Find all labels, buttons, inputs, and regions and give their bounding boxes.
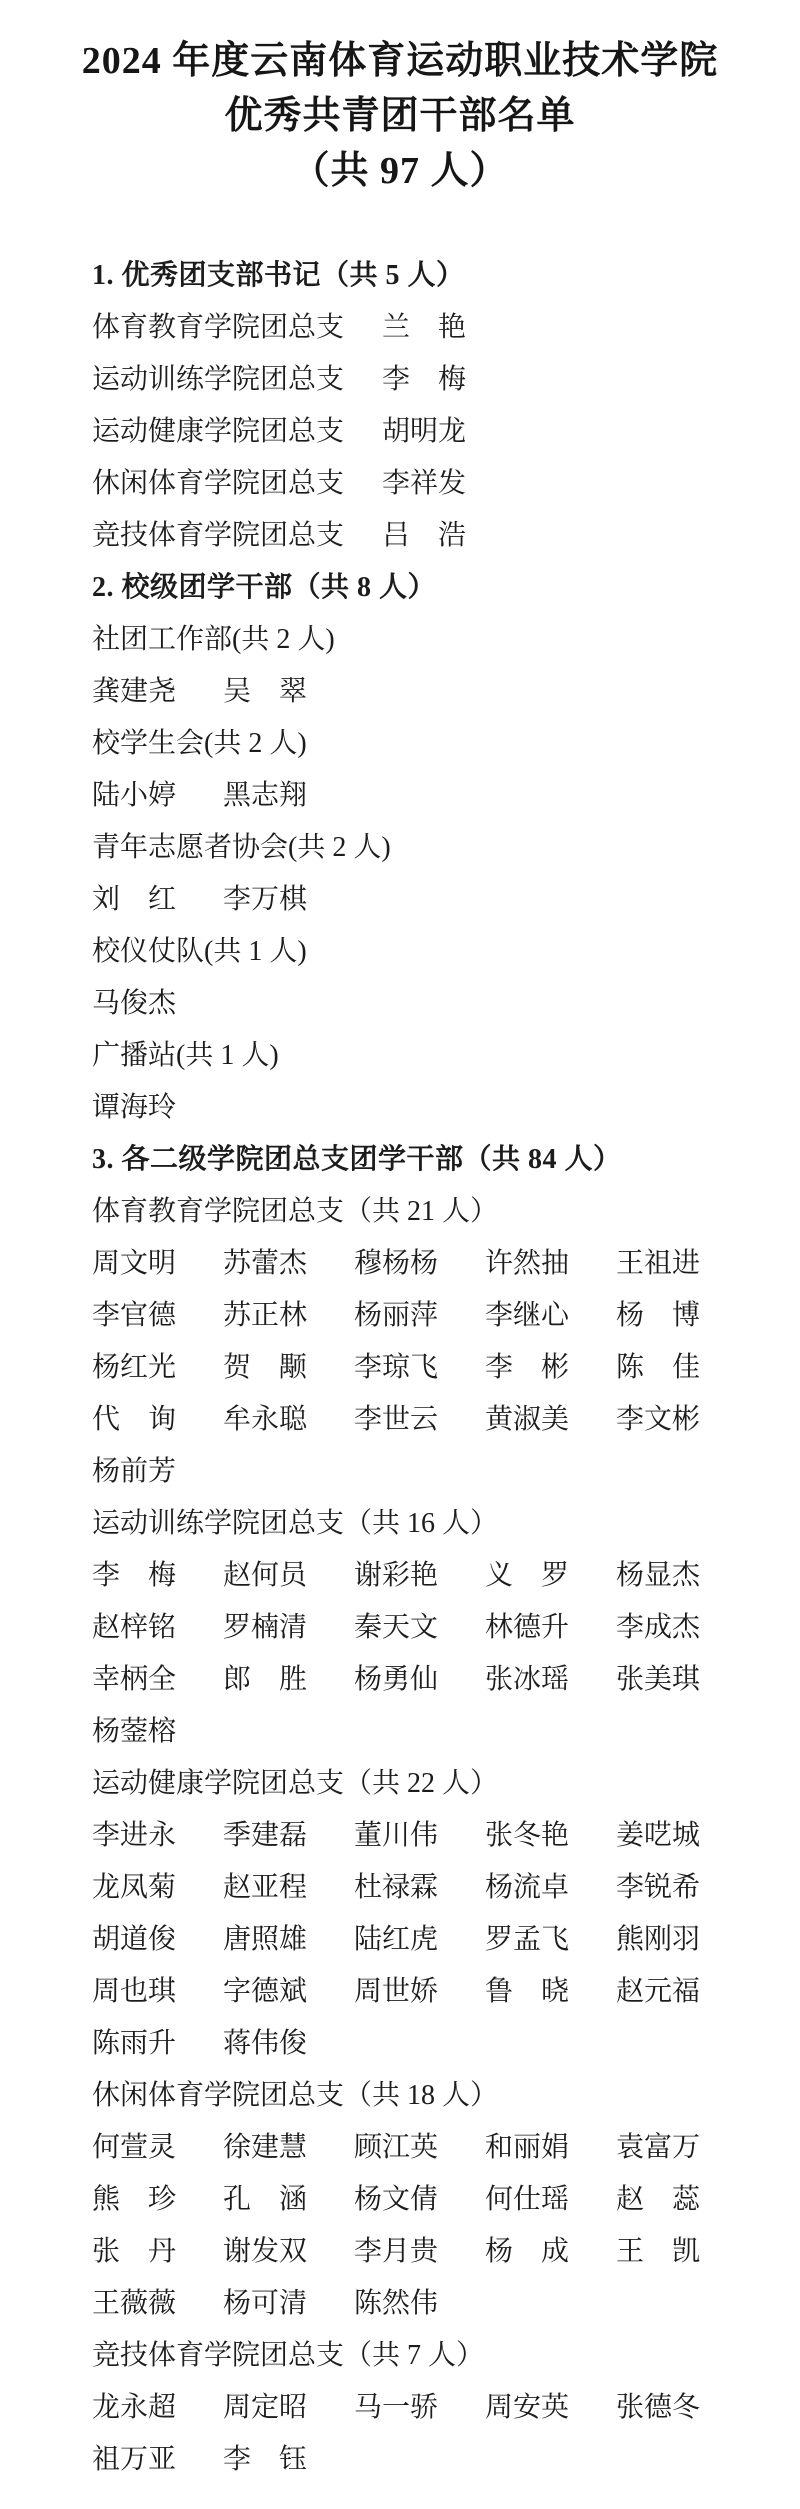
group-label: 社团工作部(共 2 人) [92,611,770,663]
person-name: 李 钰 [223,2437,354,2477]
person-name: 李 梅 [92,1553,223,1593]
person-name: 张美琪 [616,1657,747,1697]
person-name: 陈然伟 [354,2281,485,2321]
person-name: 李祥发 [382,461,466,501]
org-name-row: 体育教育学院团总支兰 艳 [92,299,770,351]
person-name: 杜禄霖 [354,1865,485,1905]
person-name: 张冬艳 [485,1813,616,1853]
org-label: 竞技体育学院团总支 [92,513,344,553]
person-name: 杨前芳 [92,1449,223,1489]
names-row: 杨前芳 [92,1443,770,1495]
person-name: 龚建尧 [92,669,223,709]
person-name: 李锐希 [616,1865,747,1905]
person-name: 秦天文 [354,1605,485,1645]
person-name: 谢彩艳 [354,1553,485,1593]
group-label: 竞技体育学院团总支（共 7 人） [92,2327,770,2379]
names-row: 李进永季建磊董川伟张冬艳姜呓城 [92,1807,770,1859]
names-row: 谭海玲 [92,1079,770,1131]
person-name: 李世云 [354,1397,485,1437]
person-name: 熊 珍 [92,2177,223,2217]
person-name: 周也琪 [92,1969,223,2009]
person-name: 杨丽萍 [354,1293,485,1333]
person-name: 张 丹 [92,2229,223,2269]
group-label: 运动训练学院团总支（共 16 人） [92,1495,770,1547]
person-name: 马俊杰 [92,981,223,1021]
section-heading: 2. 校级团学干部（共 8 人） [92,559,770,611]
person-name: 胡道俊 [92,1917,223,1957]
person-name: 杨红光 [92,1345,223,1385]
person-name: 苏正林 [223,1293,354,1333]
person-name: 字德斌 [223,1969,354,2009]
org-label: 体育教育学院团总支 [92,305,344,345]
document-body: 1. 优秀团支部书记（共 5 人）体育教育学院团总支兰 艳运动训练学院团总支李 … [0,247,800,2483]
person-name: 蒋伟俊 [223,2021,354,2061]
person-name: 杨 博 [616,1293,747,1333]
person-name: 龙凤菊 [92,1865,223,1905]
section-heading: 1. 优秀团支部书记（共 5 人） [92,247,770,299]
person-name: 杨显杰 [616,1553,747,1593]
person-name: 徐建慧 [223,2125,354,2165]
group-label: 校学生会(共 2 人) [92,715,770,767]
person-name: 幸柄全 [92,1657,223,1697]
names-row: 胡道俊唐照雄陆红虎罗孟飞熊刚羽 [92,1911,770,1963]
names-row: 马俊杰 [92,975,770,1027]
group-label: 校仪仗队(共 1 人) [92,923,770,975]
names-row: 龙永超周定昭马一骄周安英张德冬 [92,2379,770,2431]
document-page: 2024 年度云南体育运动职业技术学院 优秀共青团干部名单 （共 97 人） 1… [0,0,800,2509]
person-name: 郎 胜 [223,1657,354,1697]
names-row: 熊 珍孔 涵杨文倩何仕瑶赵 蕊 [92,2171,770,2223]
person-name: 穆杨杨 [354,1241,485,1281]
person-name: 王薇薇 [92,2281,223,2321]
person-name: 唐照雄 [223,1917,354,1957]
person-name: 董川伟 [354,1813,485,1853]
person-name: 李 彬 [485,1345,616,1385]
person-name: 马一骄 [354,2385,485,2425]
person-name: 和丽娟 [485,2125,616,2165]
person-name: 李官德 [92,1293,223,1333]
person-name: 李继心 [485,1293,616,1333]
person-name: 黑志翔 [223,773,354,813]
person-name: 李 梅 [382,357,466,397]
names-row: 杨红光贺 颙李琼飞李 彬陈 佳 [92,1339,770,1391]
person-name: 兰 艳 [382,305,466,345]
person-name: 李文彬 [616,1397,747,1437]
person-name: 吴 翠 [223,669,354,709]
person-name: 熊刚羽 [616,1917,747,1957]
person-name: 许然抽 [485,1241,616,1281]
person-name: 孔 涵 [223,2177,354,2217]
org-name-row: 运动健康学院团总支胡明龙 [92,403,770,455]
person-name: 刘 红 [92,877,223,917]
person-name: 代 询 [92,1397,223,1437]
person-name: 赵元福 [616,1969,747,2009]
names-row: 刘 红李万棋 [92,871,770,923]
person-name: 王祖进 [616,1241,747,1281]
person-name: 李成杰 [616,1605,747,1645]
person-name: 黄淑美 [485,1397,616,1437]
person-name: 顾江英 [354,2125,485,2165]
person-name: 周安英 [485,2385,616,2425]
person-name: 杨流卓 [485,1865,616,1905]
person-name: 李万棋 [223,877,354,917]
person-name: 陈 佳 [616,1345,747,1385]
person-name: 赵何员 [223,1553,354,1593]
org-name-row: 休闲体育学院团总支李祥发 [92,455,770,507]
person-name: 罗孟飞 [485,1917,616,1957]
person-name: 周定昭 [223,2385,354,2425]
person-name: 杨 成 [485,2229,616,2269]
person-name: 鲁 晓 [485,1969,616,2009]
person-name: 季建磊 [223,1813,354,1853]
person-name: 李琼飞 [354,1345,485,1385]
person-name: 陆小婷 [92,773,223,813]
person-name: 杨勇仙 [354,1657,485,1697]
person-name: 赵梓铭 [92,1605,223,1645]
names-row: 陈雨升蒋伟俊 [92,2015,770,2067]
names-row: 张 丹谢发双李月贵杨 成王 凯 [92,2223,770,2275]
person-name: 周文明 [92,1241,223,1281]
person-name: 姜呓城 [616,1813,747,1853]
org-label: 运动健康学院团总支 [92,409,344,449]
person-name: 张德冬 [616,2385,747,2425]
names-row: 龙凤菊赵亚程杜禄霖杨流卓李锐希 [92,1859,770,1911]
person-name: 龙永超 [92,2385,223,2425]
person-name: 周世娇 [354,1969,485,2009]
person-name: 杨可清 [223,2281,354,2321]
person-name: 苏蕾杰 [223,1241,354,1281]
person-name: 何萱灵 [92,2125,223,2165]
person-name: 杨蓥榕 [92,1709,223,1749]
names-row: 代 询牟永聪李世云黄淑美李文彬 [92,1391,770,1443]
person-name: 张冰瑶 [485,1657,616,1697]
person-name: 何仕瑶 [485,2177,616,2217]
person-name: 吕 浩 [382,513,466,553]
title-line-2: 优秀共青团干部名单 [0,89,800,144]
names-row: 李 梅赵何员谢彩艳义 罗杨显杰 [92,1547,770,1599]
person-name: 杨文倩 [354,2177,485,2217]
person-name: 林德升 [485,1605,616,1645]
group-label: 运动健康学院团总支（共 22 人） [92,1755,770,1807]
person-name: 贺 颙 [223,1345,354,1385]
person-name: 罗楠清 [223,1605,354,1645]
names-row: 杨蓥榕 [92,1703,770,1755]
person-name: 李进永 [92,1813,223,1853]
names-row: 周文明苏蕾杰穆杨杨许然抽王祖进 [92,1235,770,1287]
names-row: 何萱灵徐建慧顾江英和丽娟袁富万 [92,2119,770,2171]
names-row: 李官德苏正林杨丽萍李继心杨 博 [92,1287,770,1339]
person-name: 赵亚程 [223,1865,354,1905]
org-name-row: 竞技体育学院团总支吕 浩 [92,507,770,559]
names-row: 幸柄全郎 胜杨勇仙张冰瑶张美琪 [92,1651,770,1703]
names-row: 陆小婷黑志翔 [92,767,770,819]
person-name: 王 凯 [616,2229,747,2269]
person-name: 义 罗 [485,1553,616,1593]
names-row: 周也琪字德斌周世娇鲁 晓赵元福 [92,1963,770,2015]
names-row: 龚建尧吴 翠 [92,663,770,715]
title-line-1: 2024 年度云南体育运动职业技术学院 [0,34,800,89]
group-label: 青年志愿者协会(共 2 人) [92,819,770,871]
person-name: 陆红虎 [354,1917,485,1957]
group-label: 广播站(共 1 人) [92,1027,770,1079]
person-name: 赵 蕊 [616,2177,747,2217]
person-name: 谢发双 [223,2229,354,2269]
names-row: 祖万亚李 钰 [92,2431,770,2483]
person-name: 牟永聪 [223,1397,354,1437]
group-label: 休闲体育学院团总支（共 18 人） [92,2067,770,2119]
person-name: 李月贵 [354,2229,485,2269]
person-name: 陈雨升 [92,2021,223,2061]
document-title: 2024 年度云南体育运动职业技术学院 优秀共青团干部名单 （共 97 人） [0,0,800,199]
org-label: 运动训练学院团总支 [92,357,344,397]
group-label: 体育教育学院团总支（共 21 人） [92,1183,770,1235]
org-name-row: 运动训练学院团总支李 梅 [92,351,770,403]
person-name: 袁富万 [616,2125,747,2165]
title-line-3: （共 97 人） [0,144,800,199]
person-name: 祖万亚 [92,2437,223,2477]
person-name: 胡明龙 [382,409,466,449]
org-label: 休闲体育学院团总支 [92,461,344,501]
names-row: 王薇薇杨可清陈然伟 [92,2275,770,2327]
section-heading: 3. 各二级学院团总支团学干部（共 84 人） [92,1131,770,1183]
names-row: 赵梓铭罗楠清秦天文林德升李成杰 [92,1599,770,1651]
person-name: 谭海玲 [92,1085,223,1125]
